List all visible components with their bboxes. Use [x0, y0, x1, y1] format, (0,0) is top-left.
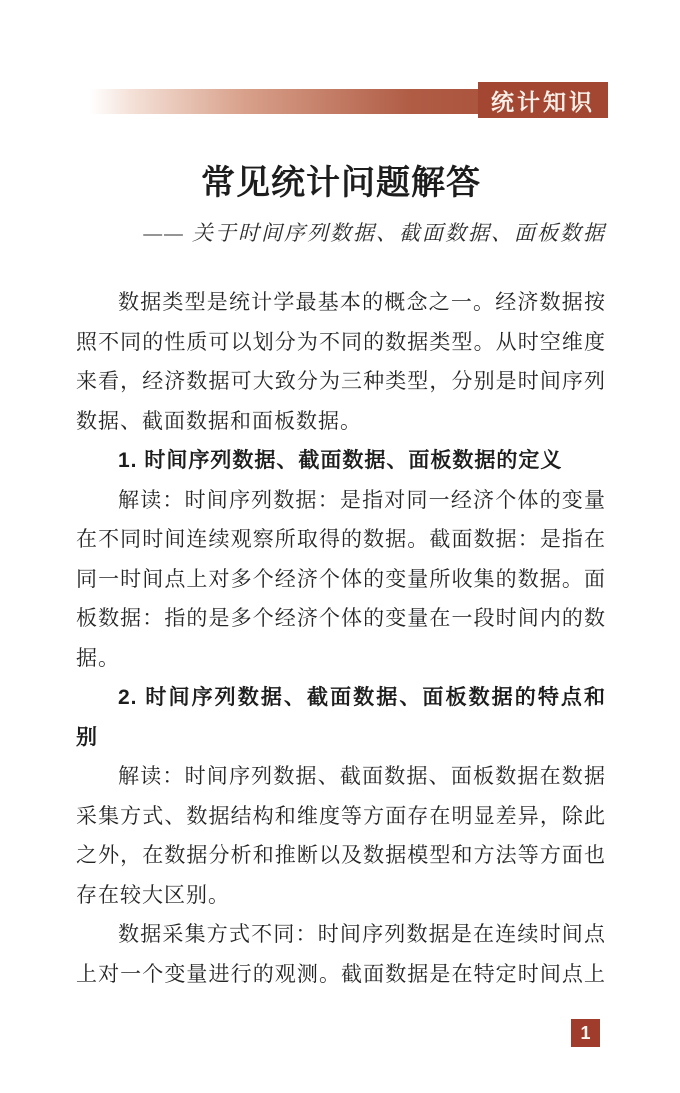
text-line: 解读：时间序列数据：是指对同一经济个体的变量 [76, 481, 606, 521]
article-title: 常见统计问题解答 [76, 163, 606, 203]
paragraph: 解读：时间序列数据：是指对同一经济个体的变量在不同时间连续观察所取得的数据。截面… [76, 481, 606, 679]
text-line: 解读：时间序列数据、截面数据、面板数据在数据 [76, 757, 606, 797]
text-line: 上对一个变量进行的观测。截面数据是在特定时间点上 [76, 955, 606, 995]
paragraph: 解读：时间序列数据、截面数据、面板数据在数据采集方式、数据结构和维度等方面存在明… [76, 757, 606, 915]
text-line: 数据采集方式不同：时间序列数据是在连续时间点 [76, 915, 606, 955]
text-line: 据。 [76, 639, 606, 679]
article-body: 数据类型是统计学最基本的概念之一。经济数据按照不同的性质可以划分为不同的数据类型… [76, 283, 606, 994]
text-line: 板数据：指的是多个经济个体的变量在一段时间内的数 [76, 599, 606, 639]
text-line: 采集方式、数据结构和维度等方面存在明显差异，除此 [76, 797, 606, 837]
text-line: 别 [76, 718, 606, 758]
text-line: 照不同的性质可以划分为不同的数据类型。从时空维度 [76, 323, 606, 363]
text-line: 来看，经济数据可大致分为三种类型，分别是时间序列 [76, 362, 606, 402]
text-line: 1. 时间序列数据、截面数据、面板数据的定义 [76, 441, 606, 481]
text-line: 之外，在数据分析和推断以及数据模型和方法等方面也 [76, 836, 606, 876]
text-line: 数据类型是统计学最基本的概念之一。经济数据按 [76, 283, 606, 323]
header-section-label: 统计知识 [478, 82, 608, 118]
paragraph: 数据采集方式不同：时间序列数据是在连续时间点上对一个变量进行的观测。截面数据是在… [76, 915, 606, 994]
page-number-badge: 1 [571, 1019, 600, 1047]
text-line: 在不同时间连续观察所取得的数据。截面数据：是指在 [76, 520, 606, 560]
section-heading: 1. 时间序列数据、截面数据、面板数据的定义 [76, 441, 606, 481]
article-subtitle: —— 关于时间序列数据、截面数据、面板数据 [60, 217, 606, 249]
document-page: 统计知识 常见统计问题解答 —— 关于时间序列数据、截面数据、面板数据 数据类型… [0, 0, 680, 1093]
text-line: 2. 时间序列数据、截面数据、面板数据的特点和区 [76, 678, 606, 718]
text-line: 数据、截面数据和面板数据。 [76, 402, 606, 442]
paragraph: 数据类型是统计学最基本的概念之一。经济数据按照不同的性质可以划分为不同的数据类型… [76, 283, 606, 441]
section-heading: 2. 时间序列数据、截面数据、面板数据的特点和区别 [76, 678, 606, 757]
text-line: 同一时间点上对多个经济个体的变量所收集的数据。面 [76, 560, 606, 600]
text-line: 存在较大区别。 [76, 876, 606, 916]
